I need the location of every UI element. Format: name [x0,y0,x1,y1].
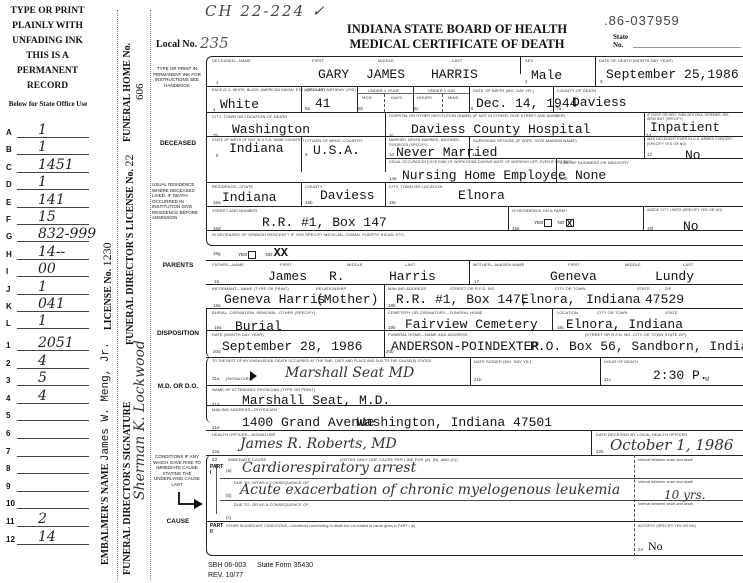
divider [206,330,743,331]
code-row-label: G [6,232,12,241]
autopsy-label: AUTOPSY (Specify Yes or No) [638,524,696,528]
code-row-label: A [6,128,12,137]
spanish-no-label: NO [266,252,273,257]
spanish-descent-label: IS DECEASED OF SPANISH DESCENT? IF YES S… [212,232,406,237]
signature-label: (Signature) [226,376,253,381]
age-label: AGE—Last Birthday (Yrs) [305,88,356,92]
divider [206,206,743,207]
field-number: 15g [213,251,221,256]
cause-b[interactable]: Acute exacerbation of chronic myelogenou… [240,482,620,498]
funeral-home-label: FUNERAL HOME—NAME AND ADDRESS [388,332,468,337]
code-row-label: 6 [6,429,10,438]
code-row-line [17,294,89,295]
handwritten-reference: CH 22-224 ✓ [205,2,326,20]
hour-of-death-label: HOUR OF DEATH [604,359,638,364]
interval-label: Interval between onset and death [638,458,693,462]
spanish-options: YES NO XX [238,246,288,260]
divider [206,430,743,431]
mother-first-name[interactable]: Geneva [550,269,597,284]
father-last-name[interactable]: Harris [389,269,436,284]
deceased-sex[interactable]: Male [531,68,562,83]
farm-label: IS RESIDENCE ON A FARM? [512,208,567,213]
code-row-label: E [6,198,11,207]
divider [384,308,385,358]
informant-city[interactable]: Elnora, [521,292,576,307]
field-number: 22a [212,449,220,454]
instructions-text: TYPE OR PRINT PLAINLY WITH UNFADING INK … [0,4,95,94]
field-number: 20a [213,349,221,354]
funeral-home-no-label: FUNERAL HOME No. [122,43,133,142]
section-deceased: DECEASED [152,140,204,148]
license-no-value: 1230 [100,242,114,266]
date-signed-label: DATE SIGNED (Mo. Day Yr.) [474,359,531,364]
informant-state[interactable]: Indiana [586,292,641,307]
divider [634,455,635,556]
spanish-no-mark[interactable]: XX [274,246,288,260]
divider [385,182,386,206]
instruction-line: UNFADING INK [0,34,95,49]
code-row-label: H [6,250,12,259]
code-row-line [17,137,89,138]
armed-forces-label: WAS DECEDENT EVER IN U.S. ARMED FORCES? … [647,137,739,146]
first-label: FIRST [280,262,292,267]
field-number: 24 [638,547,643,552]
informant-zip[interactable]: 47529 [645,292,684,307]
code-row-label: K [6,302,12,311]
code-row-value[interactable]: 1 [38,279,47,295]
residence-state[interactable]: Indiana [222,190,277,205]
code-row-line [17,154,89,155]
field-number: 15b [305,200,313,205]
hospital-name[interactable]: Daviess County Hospital [411,122,590,137]
field-number: 2 [525,79,528,84]
deceased-race[interactable]: White [220,97,259,112]
code-row-value[interactable]: 14 [38,529,56,545]
occupation[interactable]: Nursing Home Employee [402,168,566,183]
part-2-label: PART II [210,523,222,535]
residence-city-label: CITY, TOWN OR LOCATION [389,184,442,189]
deceased-middle-name[interactable]: JAMES [366,67,405,82]
code-row-value[interactable]: 1 [38,139,47,155]
divider [150,10,151,580]
code-row-line [17,473,89,474]
embalmer-name-label: EMBALMER'S NAME James W. Meng, Jr. [100,342,112,565]
divider [385,158,743,159]
field-number: 7a [556,106,561,111]
field-number: 9 [305,152,308,157]
code-row-label: I [6,267,8,276]
field-number: 11 [472,152,477,157]
physician-label: NAME OF ATTENDING PHYSICIAN (Type or Pri… [212,387,315,392]
funeral-home-no-value: 606 [134,84,146,101]
am-pm-label: M [705,377,709,383]
interval-label: Interval between onset and death [638,502,693,506]
father-first-name[interactable]: James [268,269,307,284]
code-row-value[interactable]: 2051 [38,335,74,351]
bracket [216,464,217,514]
divider [644,112,645,158]
farm-yes-checkbox[interactable] [544,219,552,227]
date-of-birth[interactable]: Dec. 14, 1944 [476,96,577,111]
residence-county[interactable]: Daviess [320,188,375,203]
field-number: 10 [389,152,394,157]
code-row-line [17,368,89,369]
divider [301,182,302,206]
code-row-label: 1 [6,341,10,350]
divider [508,206,509,230]
divider [220,478,743,479]
local-no-label: Local No. [156,39,197,50]
field-number: 14b [560,176,568,181]
code-row-label: 9 [6,482,10,491]
location-city-label: CITY OR TOWN [597,310,628,315]
days-label: DAYS [391,95,402,100]
code-row-value[interactable]: 1 [38,122,47,138]
hospital-label: HOSPITAL OR OTHER INSTITUTION (Name) (If… [389,114,565,118]
section-parents: PARENTS [152,262,204,270]
inside-city-limits[interactable]: No [683,219,699,234]
code-row-value[interactable]: 4 [38,353,47,369]
code-row-value[interactable]: 2 [38,511,47,527]
divider [552,308,553,330]
code-row-value[interactable]: 1451 [38,157,74,173]
form-code: SBH 06-003 [208,562,246,569]
divider [469,136,470,158]
code-row-value[interactable]: 1 [38,313,47,329]
title-line-2: MEDICAL CERTIFICATE OF DEATH [322,37,592,52]
document-title: INDIANA STATE BOARD OF HEALTH MEDICAL CE… [322,22,592,52]
city-of-death[interactable]: Washington [232,122,310,137]
informant-name[interactable]: Geneva Harris [224,292,325,307]
informant-relationship[interactable]: (Mother) [316,292,378,307]
instruction-line: TYPE OR PRINT [0,4,95,19]
code-row-label: 8 [6,464,10,473]
divider [600,357,601,385]
fd-license-value: 22 [122,155,136,167]
field-number: 21c [604,377,611,382]
field-number: 12 [647,152,652,157]
months-label: MOS [362,95,371,100]
title-line-1: INDIANA STATE BOARD OF HEALTH [322,22,592,37]
fd-license-label: FUNERAL DIRECTOR'S LICENSE No. 22 [122,155,137,345]
state-no-value: .86-037959 [604,13,680,28]
code-row-label: C [6,163,12,172]
field-number: 21a [212,376,220,381]
divider [520,56,521,74]
state-no-line [633,47,741,48]
divider [384,284,385,308]
code-row-label: 10 [6,499,15,508]
code-row-value[interactable]: 14-- [38,244,65,260]
instruction-line: RECORD [0,79,95,94]
code-row-label: L [6,319,11,328]
field-number: 6 [471,106,474,111]
divider [301,86,302,112]
farm-yes-label: YES [534,220,543,225]
other-conditions-label: OTHER SIGNIFICANT CONDITIONS—Conditions … [226,524,415,528]
county-of-death[interactable]: Daviess [572,95,627,110]
code-row-line [17,526,89,527]
middle-label: MIDDLE [347,262,363,267]
last-label: LAST [683,262,693,267]
field-number: 14a [389,176,397,181]
middle-label: MIDDLE [378,58,394,63]
disposition-date[interactable]: September 28, 1986 [222,339,362,354]
funeral-home-address[interactable]: P.O. Box 56, Sandborn, Indiana 47578 [530,339,743,354]
divider [206,284,743,285]
code-row-value[interactable]: 041 [38,296,65,312]
residence-city[interactable]: Elnora [458,188,505,203]
divider [206,182,743,183]
state-label: STATE [637,286,650,291]
farm-options: YES NO X [534,219,574,227]
section-cause: CAUSE [152,518,204,526]
business-label: KIND OF BUSINESS OR INDUSTRY [560,160,629,165]
divider [220,500,743,501]
field-number: 23 [212,457,217,462]
code-row-label: F [6,215,11,224]
street-label: STREET AND NUMBER [212,208,257,213]
code-row-line [17,438,89,439]
spanish-yes-label: YES [238,252,247,257]
divider [206,521,743,522]
section-conditions: CONDITIONS IF ANY WHICH GAVE RISE TO IMM… [152,454,202,487]
certifier-signature[interactable]: Marshall Seat MD [285,365,414,381]
mins-label: MINS [448,95,458,100]
field-number: 8 [216,153,219,158]
instructions-note: TYPE OR PRINT IN PERMANENT INK FOR INSTR… [152,66,202,88]
disposition-method-label: BURIAL, CREMATION, REMOVAL, OTHER (Speci… [212,310,315,315]
code-row-label: 3 [6,376,10,385]
code-row-line [17,403,89,404]
field-number: 21b [474,377,482,382]
relationship-label: RELATIONSHIP [316,286,346,291]
form-revision: REV. 10/77 [208,572,243,579]
mother-last-name[interactable]: Lundy [655,269,694,284]
code-row-label: 5 [6,411,10,420]
disposition-date-label: DATE (Month Day Year) [212,332,264,337]
citizenship[interactable]: U.S.A. [313,143,360,158]
field-number: (c) [226,515,231,520]
state-office-use-label: Below for State Office Use [0,100,96,108]
field-number: 5b [358,106,363,111]
spanish-yes-checkbox[interactable] [248,251,256,259]
signature-arrow-icon [250,371,257,381]
code-row-line [17,328,89,329]
code-row-value[interactable]: 5 [38,370,47,386]
divider [442,94,443,112]
residence-state-label: RESIDENCE—STATE [212,184,253,189]
field-number: 3 [600,79,603,84]
divider [591,430,592,455]
health-officer-signature[interactable]: James R. Roberts, MD [240,436,397,452]
armed-forces[interactable]: No [685,148,701,163]
code-row-line [17,508,89,509]
divider [470,357,471,385]
code-row-label: 12 [6,535,15,544]
deceased-age[interactable]: 41 [315,96,331,111]
business-industry[interactable]: None [575,168,606,183]
code-row-value[interactable]: 1 [38,174,47,190]
code-row-value[interactable]: 15 [38,209,56,225]
physician-city[interactable]: Washington, Indiana 47501 [357,415,552,430]
state-no-label: State No. [613,33,633,49]
code-row-line [17,420,89,421]
divider [206,86,743,87]
funeral-home-name[interactable]: ANDERSON-POINDEXTER [391,339,539,354]
divider [643,206,644,230]
code-row-value[interactable]: 832-999 [38,226,96,242]
divider [556,158,557,182]
code-row-label: 7 [6,447,10,456]
surviving-spouse-label: SURVIVING SPOUSE (If wife, give maiden n… [473,138,577,143]
instruction-line: PLAINLY WITH [0,19,95,34]
field-number: 22b [596,449,604,454]
funeral-home-address-label: (STREET OR R.F.D. NO. CITY OR TOWN STATE… [585,332,687,337]
divider [301,136,302,172]
father-middle-name[interactable]: R. [329,269,345,284]
physician-address-label: MAILING ADDRESS—PHYSICIAN [212,407,277,412]
code-row-value[interactable]: 141 [38,192,65,208]
section-usual-residence: USUAL RESIDENCE WHERE DECEASED LIVED. IF… [152,182,204,221]
zip-label: ZIP [665,286,672,291]
divider [469,86,470,112]
field-number: 1 [216,80,219,85]
street-rfd-label: STREET OR R.F.D. NO. [450,286,495,291]
dob-label: DATE OF BIRTH (Mo. Day Yr.) [473,88,534,93]
county-of-death-label: COUNTY OF DEATH [557,88,596,93]
divider [206,260,743,261]
date-of-death-label: DATE OF DEATH (Month Day Year) [599,58,673,63]
hospital-status[interactable]: Inpatient [650,120,720,135]
certification-statement: To the best of my knowledge, death occur… [212,359,432,363]
instruction-line: THIS IS A [0,49,95,64]
father-name-label: FATHER—NAME [212,262,244,267]
code-row-value[interactable]: 00 [38,261,56,277]
birth-state[interactable]: Indiana [229,141,284,156]
code-row-line [17,385,89,386]
fd-signature: Sherman K. Lockwood [132,340,148,500]
city-limits-label: INSIDE CITY LIMITS (Specify Yes or No) [647,208,737,213]
due-to-label: DUE TO, OR AS A CONSEQUENCE OF [234,502,309,507]
field-number: 5c [414,106,419,111]
field-number: 15a [213,200,221,205]
occupation-label: USUAL OCCUPATION (Give kind of work done… [389,160,573,164]
section-md-do: M.D. OR D.O. [152,383,204,391]
code-row-line [17,189,89,190]
divider [595,56,596,86]
field-number: 5a [305,106,310,111]
code-row-line [17,491,89,492]
mother-name-label: MOTHER—MAIDEN NAME [473,262,524,267]
deceased-last-name[interactable]: HARRIS [431,67,478,82]
section-disposition: DISPOSITION [152,330,204,338]
state-form-number: State Form 35430 [257,562,313,569]
date-of-death[interactable]: September 25,1986 [606,67,739,82]
cause-a[interactable]: Cardiorespiratory arrest [242,460,416,476]
divider [117,10,118,580]
cemetery-label: CEMETERY OR CREMATORY—FUNERAL HOME [388,310,482,315]
divider [206,385,743,386]
residence-street[interactable]: R.R. #1, Box 147 [262,215,387,230]
deceased-first-name[interactable]: GARY [318,67,349,82]
code-row-label: J [6,285,10,294]
license-no-label: LICENSE No. 1230 [100,242,115,330]
farm-no-checkbox[interactable]: X [566,219,574,227]
divider [385,112,386,172]
hours-label: HOURS [417,95,432,100]
code-row-label: 4 [6,394,10,403]
local-no-value: 235 [200,34,229,52]
last-label: LAST [452,58,462,63]
mailing-address-label: MAILING ADDRESS [388,286,426,291]
divider [384,94,385,112]
code-row-label: D [6,180,12,189]
field-number: (a) [226,468,232,473]
code-row-value[interactable]: 4 [38,388,47,404]
code-row-label: 11 [6,517,14,526]
hour-of-death[interactable]: 2:30 P. [653,368,708,383]
divider [553,86,554,112]
code-row-label: 2 [6,359,10,368]
location-label: LOCATION [557,310,578,315]
first-label: FIRST [312,58,324,63]
divider [206,230,743,231]
city-town-label: CITY OR TOWN [555,286,586,291]
informant-street[interactable]: R.R. #1, Box 147, [396,292,529,307]
code-row-line [17,456,89,457]
middle-label: MIDDLE [625,262,641,267]
first-label: FIRST [568,262,580,267]
city-of-death-label: CITY, TOWN OR LOCATION OF DEATH [212,114,287,119]
physician-street[interactable]: 1400 Grand Avenue [242,415,375,430]
autopsy-value[interactable]: No [648,539,663,554]
instruction-line: PERMANENT [0,64,95,79]
sex-label: SEX [525,58,533,63]
date-received[interactable]: October 1, 1986 [610,436,733,454]
last-label: LAST [405,262,415,267]
location-state-label: STATE [665,310,678,315]
name-label: DECEASED—NAME [212,58,251,63]
code-row-label: B [6,145,12,154]
farm-no-label: NO [558,220,565,225]
under-1-day-label: UNDER 1 DAY [428,88,456,93]
interval-label: Interval between onset and death [638,480,693,484]
divider [206,405,743,406]
informant-name-label: INFORMANT—NAME (Type or print) [212,286,289,291]
divider [469,260,470,284]
field-number: (b) [226,493,232,498]
field-number: 15c [389,200,396,205]
embalmer-name-value: James W. Meng, Jr. [100,342,112,461]
